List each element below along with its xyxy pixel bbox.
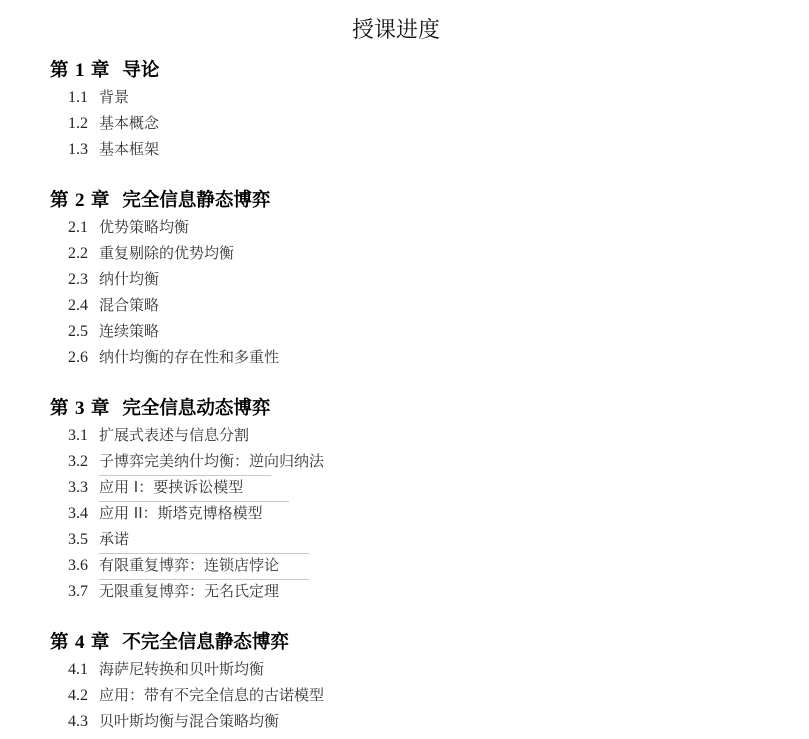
section-item: 1.3基本框架 bbox=[50, 136, 750, 162]
section-title: 基本框架 bbox=[99, 140, 159, 158]
chapter-heading: 第 3 章 完全信息动态博弈 bbox=[50, 396, 750, 422]
section-item: 3.4应用 II：斯塔克博格模型 bbox=[50, 500, 750, 526]
section-item: 2.3纳什均衡 bbox=[50, 266, 750, 292]
section-item: 2.5连续策略 bbox=[50, 318, 750, 344]
page-title: 授课进度 bbox=[0, 16, 792, 46]
section-title: 重复剔除的优势均衡 bbox=[99, 244, 234, 262]
chapter-title: 完全信息静态博弈 bbox=[122, 190, 270, 211]
section-item: 2.4混合策略 bbox=[50, 292, 750, 318]
chapter-heading: 第 2 章 完全信息静态博弈 bbox=[50, 188, 750, 214]
section-title: 承诺 bbox=[99, 530, 129, 548]
section-number: 3.7 bbox=[68, 579, 99, 605]
chapter-number: 3 bbox=[75, 398, 85, 419]
section-number: 4.3 bbox=[68, 709, 99, 735]
section-item: 4.3贝叶斯均衡与混合策略均衡 bbox=[50, 708, 750, 734]
section-title: 贝叶斯均衡与混合策略均衡 bbox=[99, 712, 279, 730]
chapter-suffix: 章 bbox=[91, 398, 110, 419]
section-item: 2.6纳什均衡的存在性和多重性 bbox=[50, 344, 750, 370]
section-item: 4.1海萨尼转换和贝叶斯均衡 bbox=[50, 656, 750, 682]
chapter-prefix: 第 bbox=[50, 398, 69, 419]
section-title: 应用 I：要挟诉讼模型 bbox=[99, 478, 243, 496]
chapter-title: 导论 bbox=[122, 60, 159, 81]
chapter-4: 第 4 章 不完全信息静态博弈 4.1海萨尼转换和贝叶斯均衡 4.2应用：带有不… bbox=[50, 630, 750, 734]
section-title: 应用：带有不完全信息的古诺模型 bbox=[99, 686, 324, 704]
chapter-number: 4 bbox=[75, 632, 85, 653]
section-item: 1.1背景 bbox=[50, 84, 750, 110]
chapter-title: 不完全信息静态博弈 bbox=[122, 632, 289, 653]
section-title: 纳什均衡的存在性和多重性 bbox=[99, 348, 279, 366]
section-title: 子博弈完美纳什均衡：逆向归纳法 bbox=[99, 452, 324, 470]
chapter-heading: 第 1 章 导论 bbox=[50, 58, 750, 84]
section-title: 连续策略 bbox=[99, 322, 159, 340]
section-number: 3.6 bbox=[68, 553, 99, 579]
section-item: 3.2子博弈完美纳什均衡：逆向归纳法 bbox=[50, 448, 750, 474]
chapter-3: 第 3 章 完全信息动态博弈 3.1扩展式表述与信息分割 3.2子博弈完美纳什均… bbox=[50, 396, 750, 604]
section-item: 3.6有限重复博弈：连锁店悖论 bbox=[50, 552, 750, 578]
section-title: 海萨尼转换和贝叶斯均衡 bbox=[99, 660, 264, 678]
section-number: 3.5 bbox=[68, 527, 99, 553]
section-number: 3.2 bbox=[68, 449, 99, 475]
section-list: 4.1海萨尼转换和贝叶斯均衡 4.2应用：带有不完全信息的古诺模型 4.3贝叶斯… bbox=[50, 656, 750, 734]
section-title: 无限重复博弈：无名氏定理 bbox=[99, 582, 279, 600]
section-title: 应用 II：斯塔克博格模型 bbox=[99, 504, 263, 522]
section-number: 1.3 bbox=[68, 137, 99, 163]
section-number: 3.1 bbox=[68, 423, 99, 449]
section-list: 3.1扩展式表述与信息分割 3.2子博弈完美纳什均衡：逆向归纳法 3.3应用 I… bbox=[50, 422, 750, 604]
chapter-suffix: 章 bbox=[91, 60, 110, 81]
section-number: 2.2 bbox=[68, 241, 99, 267]
chapter-prefix: 第 bbox=[50, 632, 69, 653]
section-number: 1.2 bbox=[68, 111, 99, 137]
chapter-heading: 第 4 章 不完全信息静态博弈 bbox=[50, 630, 750, 656]
section-number: 2.4 bbox=[68, 293, 99, 319]
section-item: 2.1优势策略均衡 bbox=[50, 214, 750, 240]
section-title: 混合策略 bbox=[99, 296, 159, 314]
section-title: 纳什均衡 bbox=[99, 270, 159, 288]
chapter-2: 第 2 章 完全信息静态博弈 2.1优势策略均衡 2.2重复剔除的优势均衡 2.… bbox=[50, 188, 750, 370]
section-item: 3.7无限重复博弈：无名氏定理 bbox=[50, 578, 750, 604]
section-item: 4.2应用：带有不完全信息的古诺模型 bbox=[50, 682, 750, 708]
section-number: 2.1 bbox=[68, 215, 99, 241]
chapter-prefix: 第 bbox=[50, 190, 69, 211]
chapter-suffix: 章 bbox=[91, 190, 110, 211]
section-item: 3.1扩展式表述与信息分割 bbox=[50, 422, 750, 448]
section-number: 1.1 bbox=[68, 85, 99, 111]
section-number: 3.4 bbox=[68, 501, 99, 527]
section-list: 1.1背景 1.2基本概念 1.3基本框架 bbox=[50, 84, 750, 162]
chapter-number: 2 bbox=[75, 190, 85, 211]
section-number: 2.3 bbox=[68, 267, 99, 293]
section-item: 1.2基本概念 bbox=[50, 110, 750, 136]
section-title: 背景 bbox=[99, 88, 129, 106]
section-number: 4.2 bbox=[68, 683, 99, 709]
section-title: 扩展式表述与信息分割 bbox=[99, 426, 249, 444]
chapter-suffix: 章 bbox=[91, 632, 110, 653]
section-title: 基本概念 bbox=[99, 114, 159, 132]
chapter-prefix: 第 bbox=[50, 60, 69, 81]
chapter-title: 完全信息动态博弈 bbox=[122, 398, 270, 419]
section-item: 2.2重复剔除的优势均衡 bbox=[50, 240, 750, 266]
section-number: 4.1 bbox=[68, 657, 99, 683]
section-number: 2.6 bbox=[68, 345, 99, 371]
section-item: 3.5承诺 bbox=[50, 526, 750, 552]
section-title: 有限重复博弈：连锁店悖论 bbox=[99, 556, 279, 574]
chapter-1: 第 1 章 导论 1.1背景 1.2基本概念 1.3基本框架 bbox=[50, 58, 750, 162]
chapter-number: 1 bbox=[75, 60, 85, 81]
section-list: 2.1优势策略均衡 2.2重复剔除的优势均衡 2.3纳什均衡 2.4混合策略 2… bbox=[50, 214, 750, 370]
section-item: 3.3应用 I：要挟诉讼模型 bbox=[50, 474, 750, 500]
section-title: 优势策略均衡 bbox=[99, 218, 189, 236]
section-number: 2.5 bbox=[68, 319, 99, 345]
section-number: 3.3 bbox=[68, 475, 99, 501]
